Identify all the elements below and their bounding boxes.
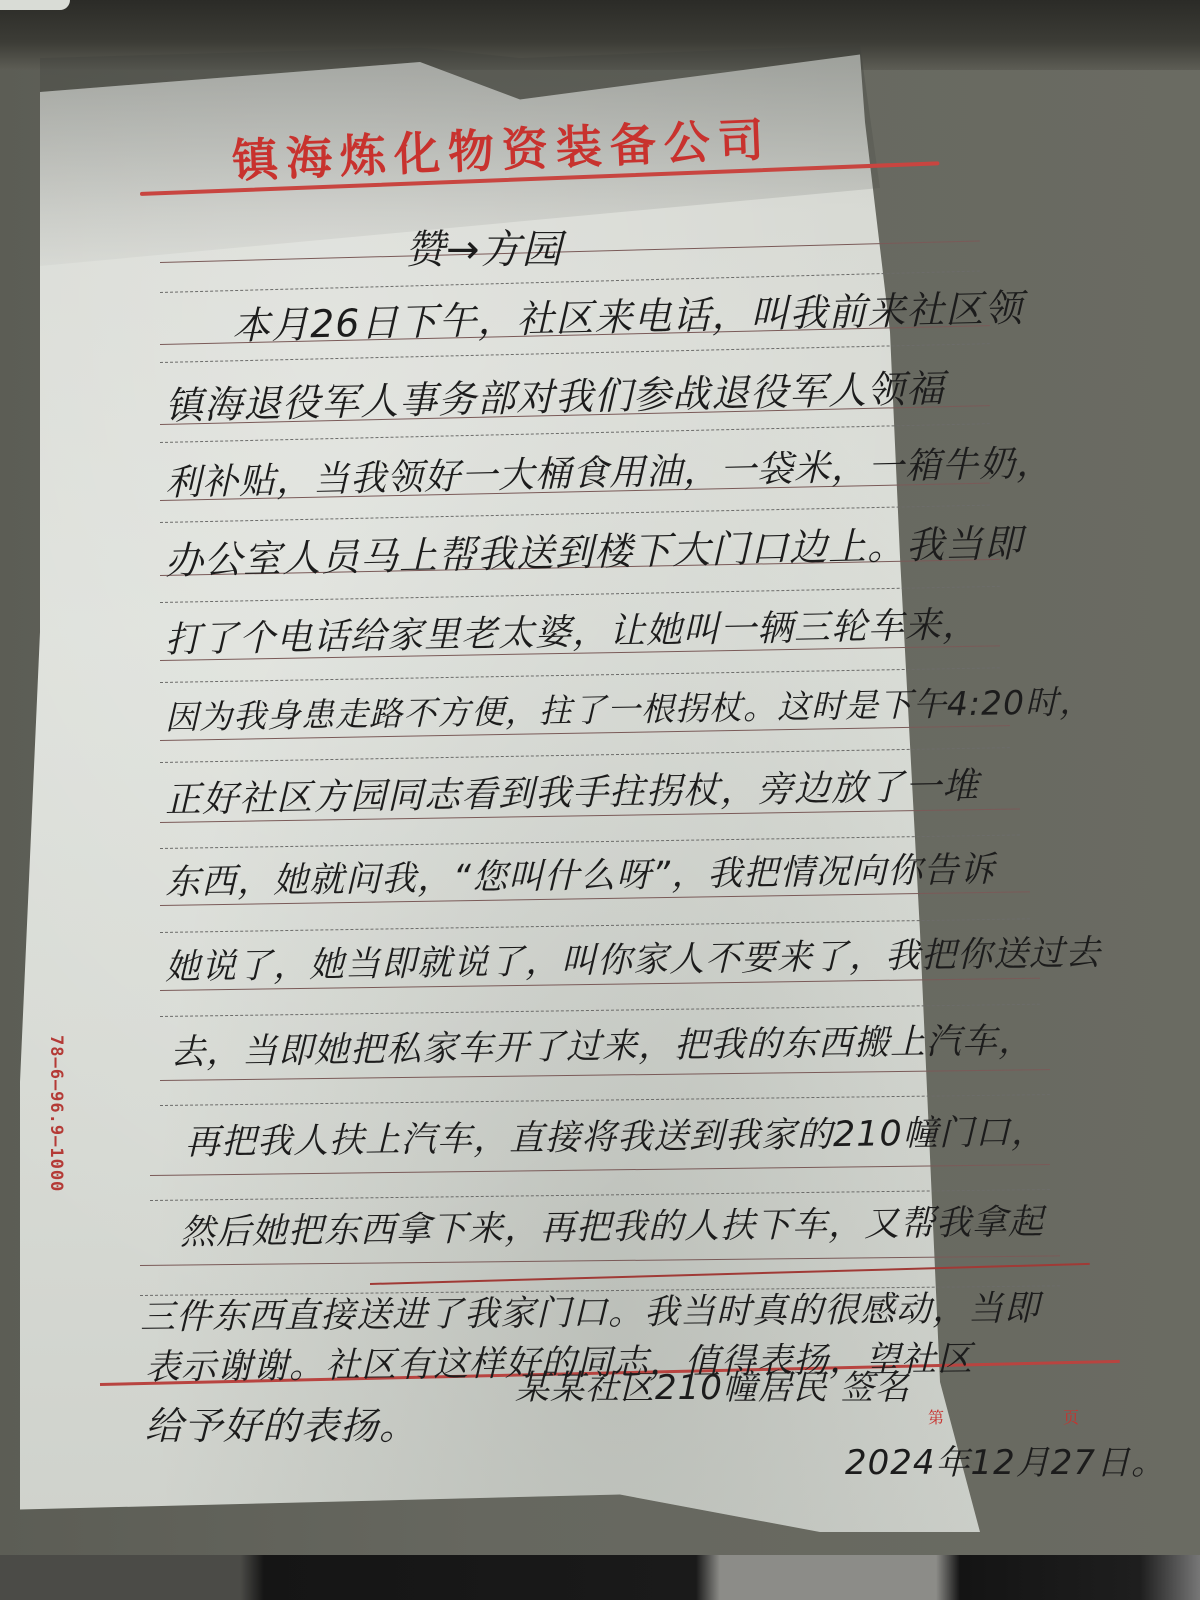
signature: 某某社区210幢居民 签名 xyxy=(515,1360,910,1409)
letter-line: 给予好的表扬。 xyxy=(145,1395,418,1450)
background-table-edge xyxy=(0,1555,1200,1600)
letter-line: 然后她把东西拿下来，再把我的人扶下车，又帮我拿起 xyxy=(180,1194,1045,1255)
letter-line: 再把我人扶上汽车，直接将我送到我家的210幢门口， xyxy=(185,1104,1047,1165)
page-label-ye: 页 xyxy=(1063,1405,1079,1428)
letter-title: 赞→方园 xyxy=(405,218,563,275)
letter-date: 2024年12月27日。 xyxy=(845,1435,1166,1484)
page-label-di: 第 xyxy=(928,1405,944,1428)
background-corner xyxy=(0,0,70,10)
paper-print-code: 78—6—96.9—1000 xyxy=(46,1035,66,1192)
background-shadow xyxy=(0,0,1200,70)
